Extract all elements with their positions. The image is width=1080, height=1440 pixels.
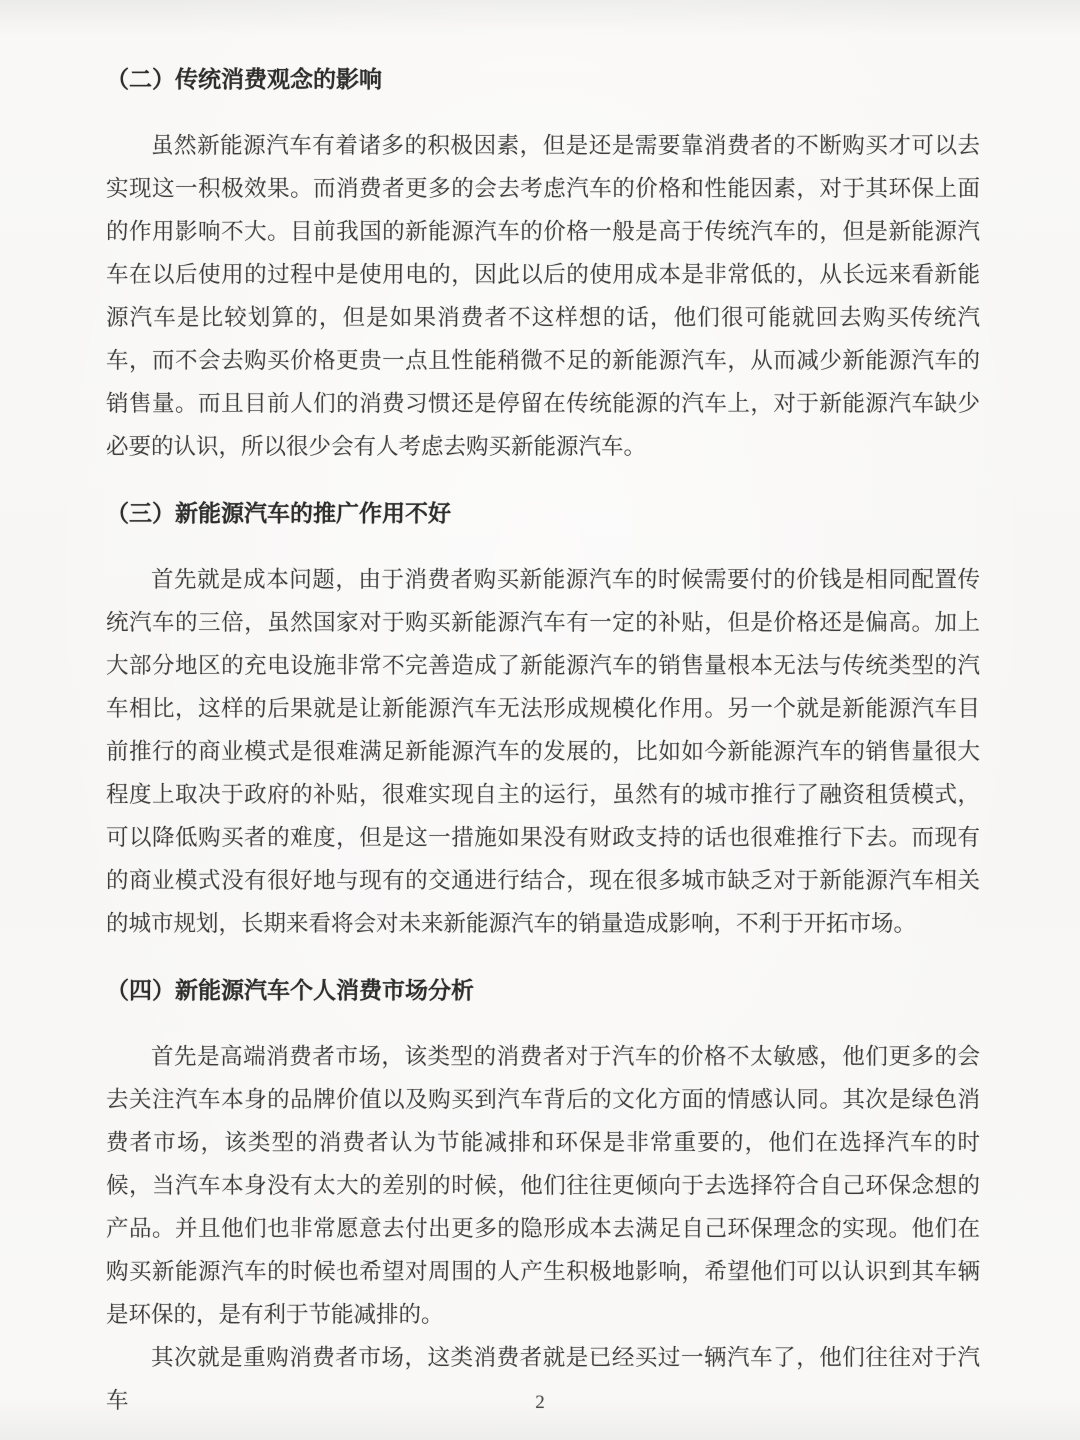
heading-section-4-consumer-market-analysis: （四）新能源汽车个人消费市场分析 [106,975,980,1007]
paragraph-promotion-issues: 首先就是成本问题，由于消费者购买新能源汽车的时候需要付的价钱是相同配置传统汽车的… [106,558,980,945]
document-page: （二）传统消费观念的影响 虽然新能源汽车有着诸多的积极因素，但是还是需要靠消费者… [0,0,1080,1440]
heading-section-2-traditional-consumption: （二）传统消费观念的影响 [106,64,980,96]
page-number: 2 [535,1392,545,1413]
paragraph-traditional-consumption: 虽然新能源汽车有着诸多的积极因素，但是还是需要靠消费者的不断购买才可以去实现这一… [106,124,980,468]
heading-section-3-promotion-issues: （三）新能源汽车的推广作用不好 [106,498,980,530]
page-footer: 2 [0,1392,1080,1414]
paragraph-consumer-market-analysis: 首先是高端消费者市场，该类型的消费者对于汽车的价格不太敏感，他们更多的会去关注汽… [106,1035,980,1336]
